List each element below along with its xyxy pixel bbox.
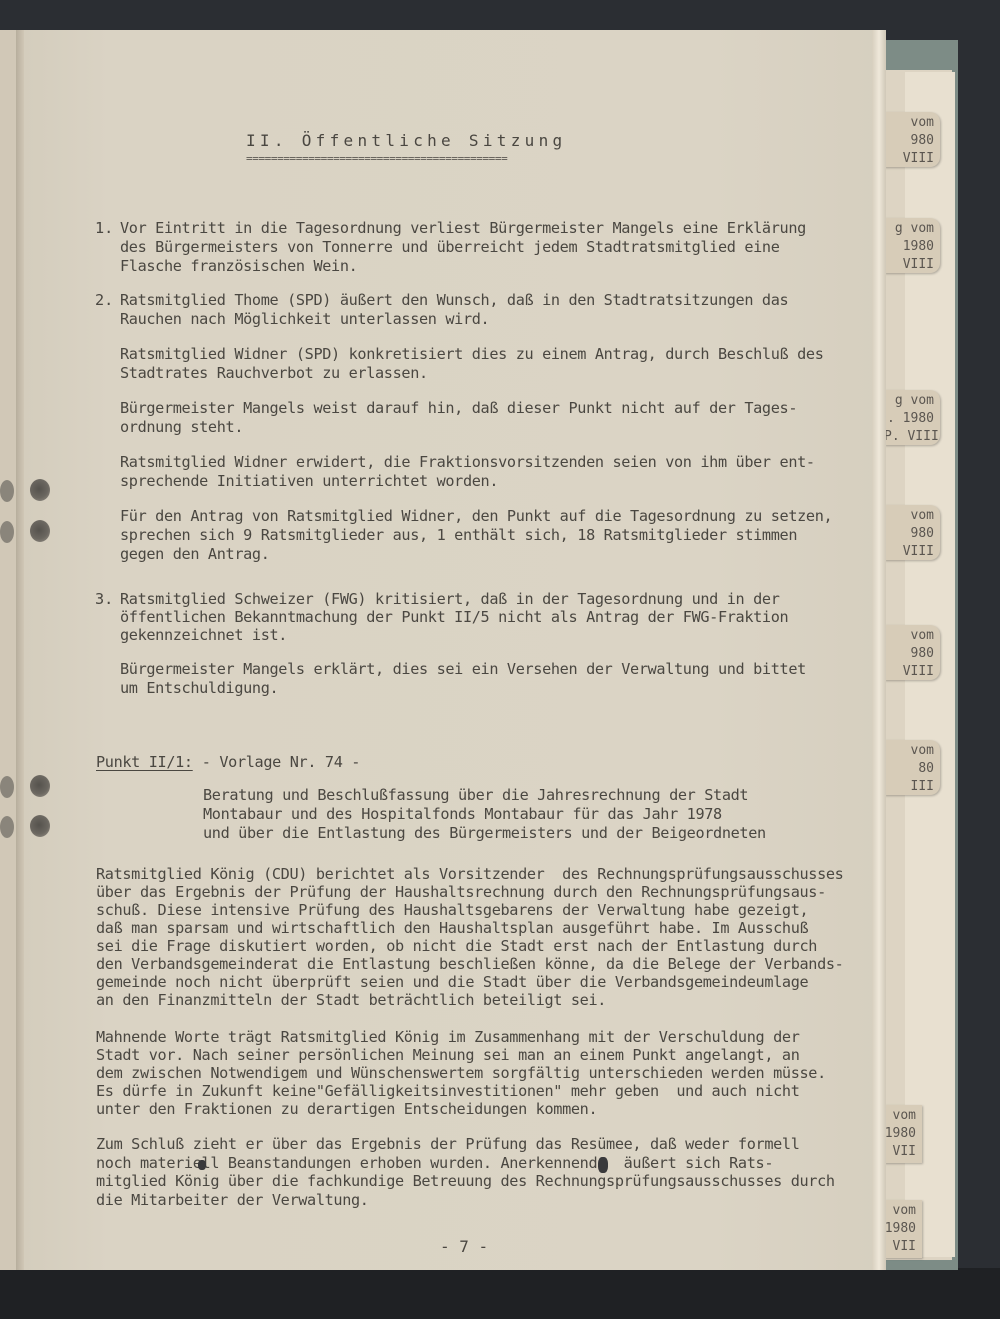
body-line: Es dürfe in Zukunft keine"Gefälligkeitsi… <box>96 1082 800 1101</box>
body-line: unter den Fraktionen zu derartigen Entsc… <box>96 1100 597 1119</box>
punkt-vorlage: - Vorlage Nr. 74 - <box>193 753 360 772</box>
item-number: 2. <box>95 291 113 309</box>
body-line: über das Ergebnis der Prüfung der Hausha… <box>96 883 826 902</box>
punkt-subject-line: und über die Entlastung des Bürgermeiste… <box>203 824 766 843</box>
item-3-paragraph-line: um Entschuldigung. <box>120 679 278 698</box>
binder-index-tab: vom80III <box>884 740 940 795</box>
item-2-paragraph-line: Bürgermeister Mangels weist darauf hin, … <box>120 399 797 418</box>
item-2-line: Ratsmitglied Thome (SPD) äußert den Wuns… <box>120 291 788 310</box>
item-number: 1. <box>95 219 113 237</box>
section-title-rule: ========================================… <box>246 152 507 165</box>
body-line: den Verbandsgemeinderat die Entlastung b… <box>96 955 843 974</box>
item-2-paragraph-line: sprechende Initiativen unterrichtet word… <box>120 472 498 491</box>
body-line: Mahnende Worte trägt Ratsmitglied König … <box>96 1028 800 1047</box>
ink-blot-mark <box>598 1157 608 1173</box>
punkt-label: Punkt II/1: <box>96 753 193 772</box>
item-2-paragraph-line: gegen den Antrag. <box>120 545 270 564</box>
item-2-paragraph-line: Für den Antrag von Ratsmitglied Widner, … <box>120 507 832 526</box>
body-line: die Mitarbeiter der Verwaltung. <box>96 1191 369 1210</box>
binder-index-tab: g vom1980VIII <box>884 218 940 273</box>
punch-hole-icon <box>30 775 50 797</box>
body-line: an den Finanzmitteln der Stadt beträchtl… <box>96 991 606 1010</box>
punch-hole-icon <box>30 815 50 837</box>
punch-hole-icon <box>0 521 14 543</box>
binder-index-tab: vom1980VII <box>884 1105 922 1163</box>
item-2-paragraph-line: sprechen sich 9 Ratsmitglieder aus, 1 en… <box>120 526 797 545</box>
page-stack-edge <box>872 30 886 1270</box>
item-1-line: Flasche französischen Wein. <box>120 257 357 276</box>
body-line: schuß. Diese intensive Prüfung des Haush… <box>96 901 808 920</box>
page-number: - 7 - <box>440 1237 488 1256</box>
item-number: 3. <box>95 590 113 608</box>
item-1-line: des Bürgermeisters von Tonnerre und über… <box>120 238 780 257</box>
body-line: sei die Frage diskutiert worden, ob nich… <box>96 937 817 956</box>
item-3-line: Ratsmitglied Schweizer (FWG) kritisiert,… <box>120 590 780 609</box>
item-2-paragraph-line: Ratsmitglied Widner (SPD) konkretisiert … <box>120 345 824 364</box>
punch-hole-icon <box>0 776 14 798</box>
body-line: mitglied König über die fachkundige Betr… <box>96 1172 835 1191</box>
item-2-paragraph-line: ordnung steht. <box>120 418 243 437</box>
item-1-line: Vor Eintritt in die Tagesordnung verlies… <box>120 219 806 238</box>
item-3-line: gekennzeichnet ist. <box>120 626 287 645</box>
binder-index-tab: vom980VIII <box>884 112 940 167</box>
item-2-paragraph-line: Stadtrates Rauchverbot zu erlassen. <box>120 364 428 383</box>
binder-index-tab: vom1980VII <box>884 1200 922 1258</box>
punkt-subject-line: Montabaur und des Hospitalfonds Montabau… <box>203 805 722 824</box>
body-line: Zum Schluß zieht er über das Ergebnis de… <box>96 1135 800 1154</box>
section-title: II. Öffentliche Sitzung <box>246 131 566 150</box>
punch-hole-icon <box>30 520 50 542</box>
punch-hole-icon <box>30 479 50 501</box>
body-line: dem zwischen Notwendigem und Wünschenswe… <box>96 1064 826 1083</box>
item-2-line: Rauchen nach Möglichkeit unterlassen wir… <box>120 310 489 329</box>
body-line: Ratsmitglied König (CDU) berichtet als V… <box>96 865 843 884</box>
ink-blot-mark <box>198 1160 206 1170</box>
body-line: gemeinde noch nicht überprüft seien und … <box>96 973 808 992</box>
binder-index-tab: vom980VIII <box>884 505 940 560</box>
body-line: daß man sparsam und wirtschaftlich den H… <box>96 919 808 938</box>
item-2-paragraph-line: Ratsmitglied Widner erwidert, die Frakti… <box>120 453 815 472</box>
punch-hole-icon <box>0 816 14 838</box>
body-line: Stadt vor. Nach seiner persönlichen Mein… <box>96 1046 800 1065</box>
binder-index-tab: vom980VIII <box>884 625 940 680</box>
punch-hole-icon <box>0 480 14 502</box>
desk-surface <box>0 1268 1000 1319</box>
item-3-line: öffentlichen Bekanntmachung der Punkt II… <box>120 608 788 627</box>
punkt-subject-line: Beratung und Beschlußfassung über die Ja… <box>203 786 748 805</box>
binder-index-tab: g vom. 1980P. VIII <box>884 390 940 445</box>
item-3-paragraph-line: Bürgermeister Mangels erklärt, dies sei … <box>120 660 806 679</box>
